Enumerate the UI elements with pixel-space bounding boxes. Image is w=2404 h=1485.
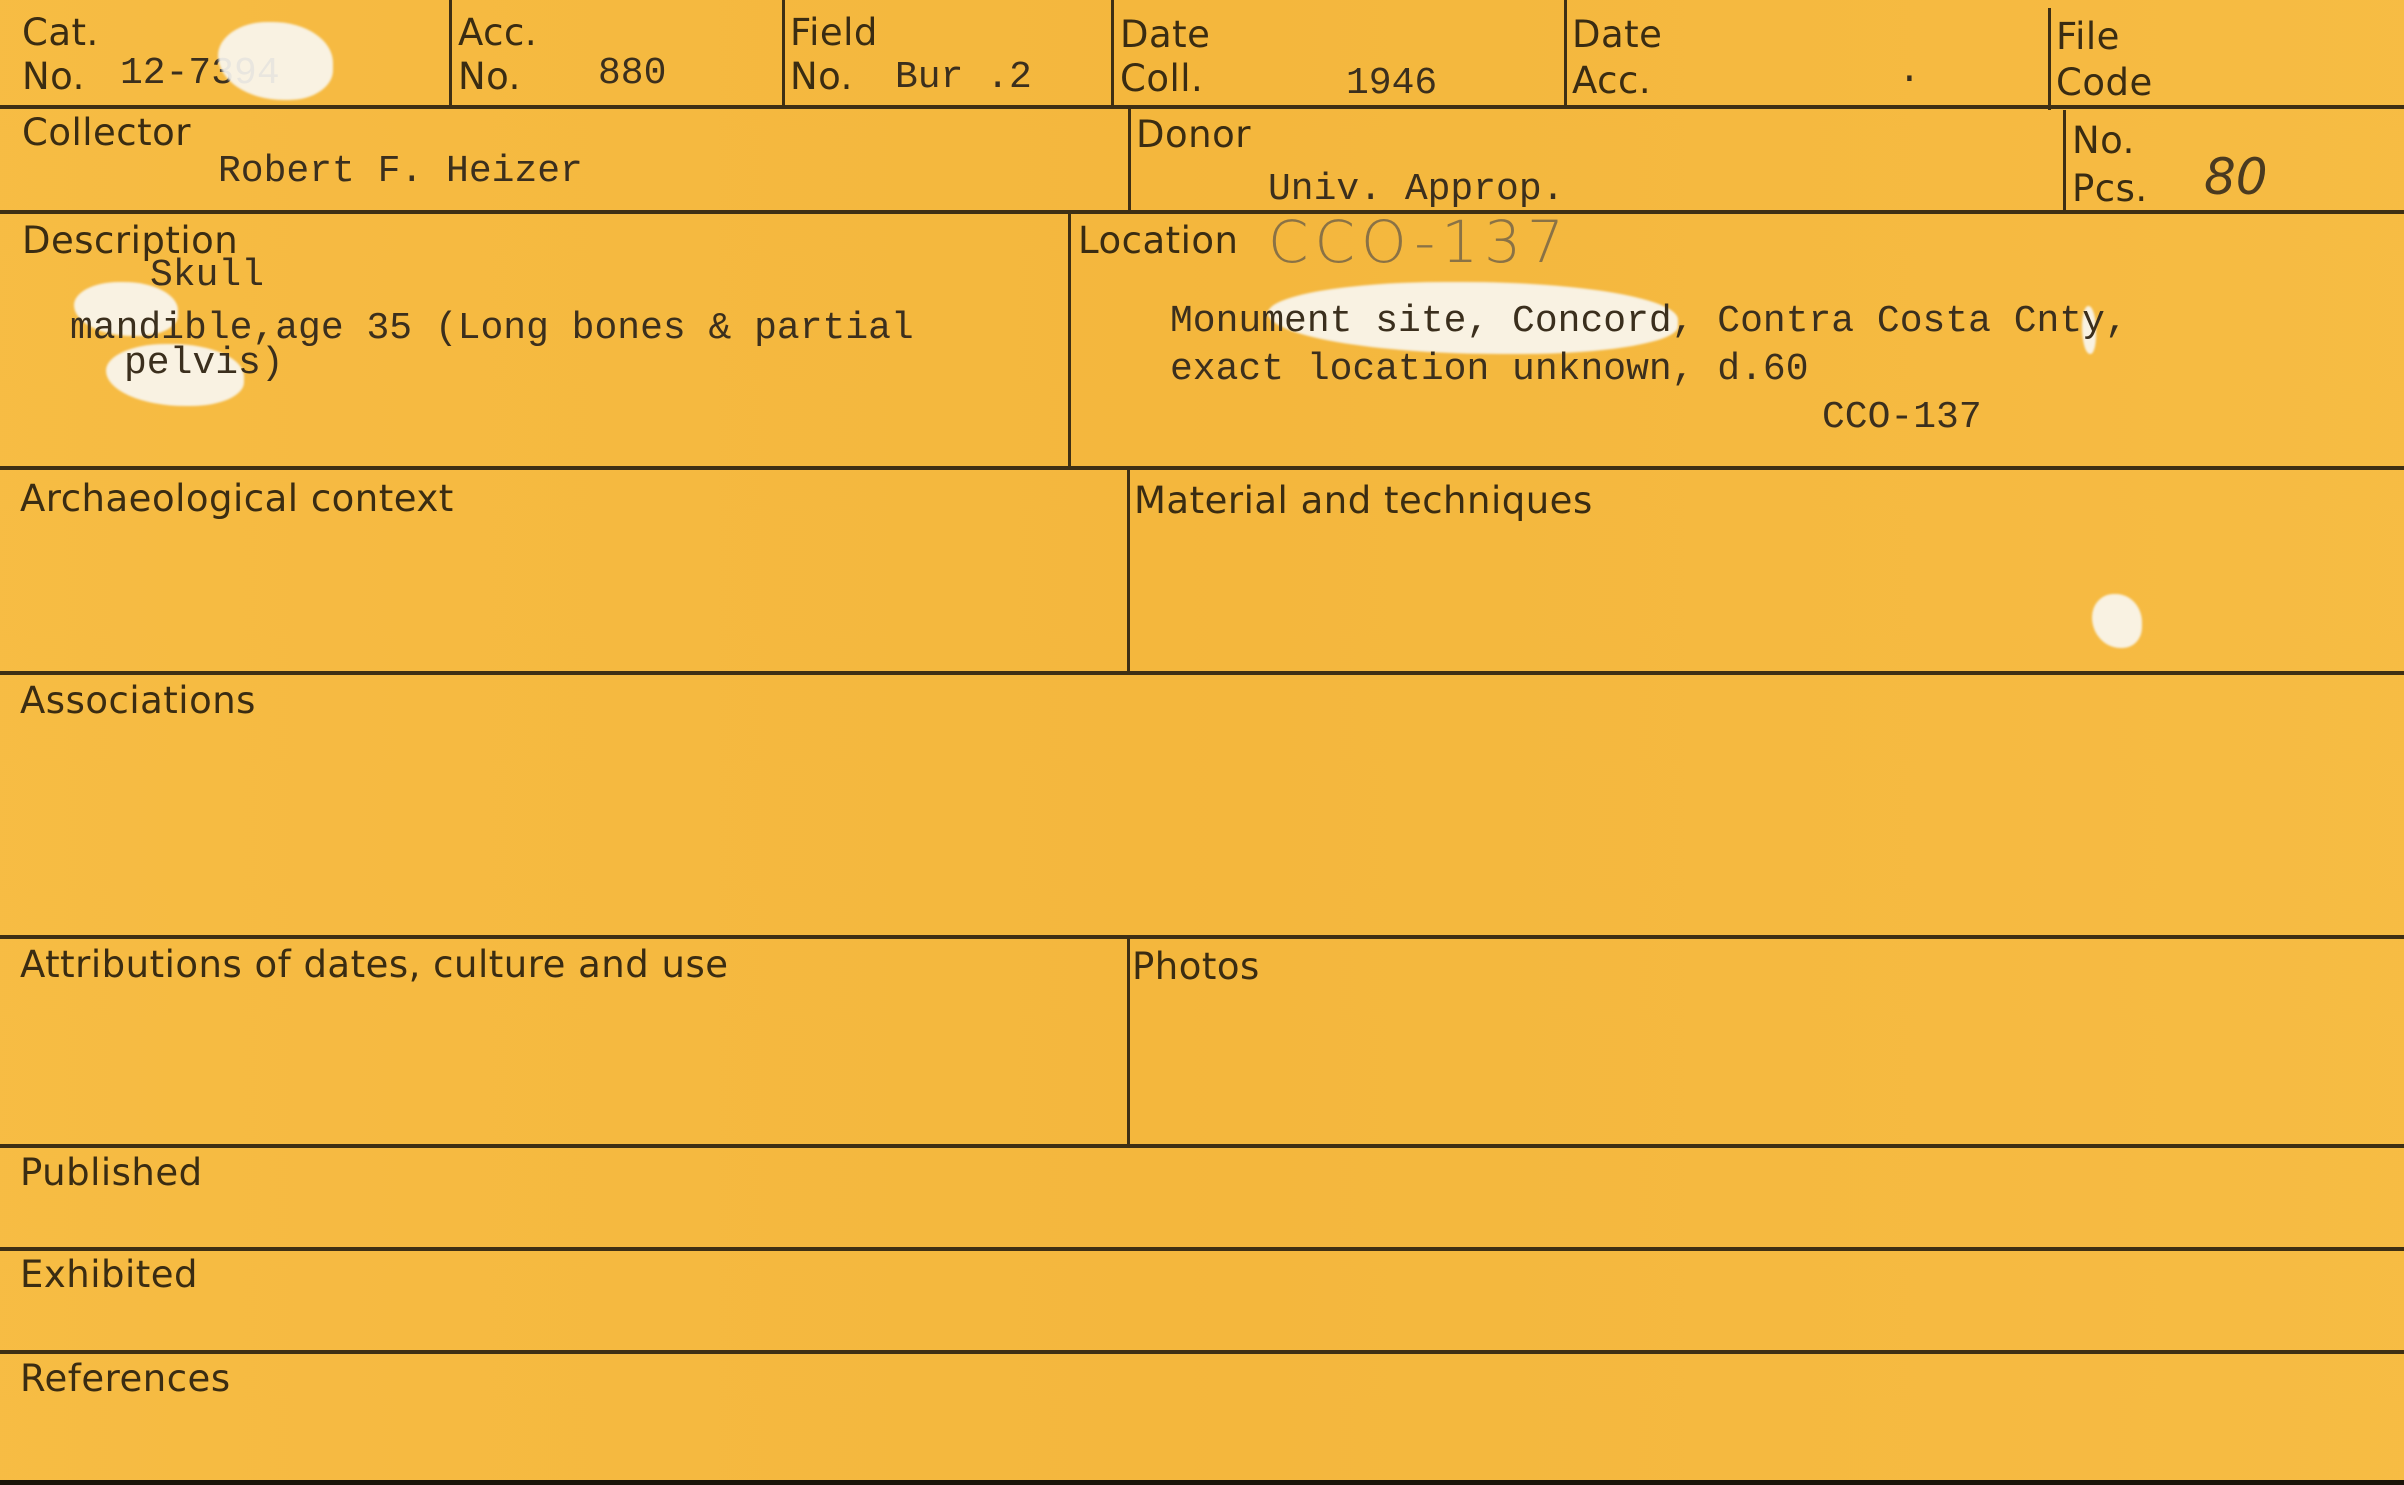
references-label: References [20, 1356, 231, 1402]
file-label: File [2056, 14, 2120, 60]
date-coll-label-1: Date [1120, 12, 1210, 58]
divider-acc-field [782, 0, 785, 107]
divider-cat-acc [449, 0, 452, 107]
rule-collector-bottom [0, 210, 2404, 214]
divider-donor-nopcs [2063, 110, 2066, 212]
cat-label: Cat. [22, 10, 99, 56]
photos-label: Photos [1132, 944, 1260, 990]
divider-context-material [1127, 468, 1130, 673]
location-line-1: Monument site, Concord, Contra Costa Cnt… [1170, 298, 2128, 346]
divider-field-datecoll [1111, 0, 1114, 107]
donor-value: Univ. Approp. [1268, 166, 1564, 214]
cat-no-label: No. [22, 54, 85, 100]
published-label: Published [20, 1150, 203, 1196]
location-label: Location [1078, 218, 1239, 264]
attributions-label: Attributions of dates, culture and use [20, 942, 729, 988]
field-no-label: No. [790, 54, 853, 100]
catalog-card: Cat. No. 12-7394 Acc. No. 880 Field No. … [0, 0, 2404, 1480]
donor-label: Donor [1136, 112, 1251, 158]
date-acc-label-1: Date [1572, 12, 1662, 58]
collector-label: Collector [22, 110, 191, 156]
rule-exhibited-bottom [0, 1350, 2404, 1354]
field-label: Field [790, 10, 878, 56]
rule-attributions-bottom [0, 1144, 2404, 1148]
material-techniques-label: Material and techniques [1134, 478, 1593, 524]
date-coll-label-2: Coll. [1120, 56, 1203, 102]
location-pencil-note: CCO-137 [1268, 208, 1570, 276]
acc-label: Acc. [458, 10, 537, 56]
divider-dateacc-filecode [2048, 8, 2051, 110]
description-line-1: Skull [150, 252, 264, 300]
date-acc-label-2: Acc. [1572, 58, 1651, 104]
description-line-3: pelvis) [124, 340, 284, 388]
pcs-value: 80 [2204, 148, 2268, 206]
divider-datecoll-dateacc [1564, 0, 1567, 108]
no-label: No. [2072, 118, 2135, 164]
rule-published-bottom [0, 1247, 2404, 1251]
acc-no-value: 880 [598, 50, 666, 98]
divider-attributions-photos [1127, 937, 1130, 1146]
location-line-2: exact location unknown, d.60 [1170, 346, 1809, 394]
code-label: Code [2056, 60, 2153, 106]
pcs-label: Pcs. [2072, 166, 2148, 212]
paper-blemish [2092, 594, 2142, 648]
exhibited-label: Exhibited [20, 1252, 198, 1298]
divider-collector-donor [1128, 107, 1131, 212]
archaeological-context-label: Archaeological context [20, 476, 454, 522]
location-line-3: CCO-137 [1822, 394, 1982, 442]
collector-value: Robert F. Heizer [218, 148, 583, 196]
field-no-value: Bur .2 [895, 54, 1032, 102]
acc-no-label: No. [458, 54, 521, 100]
date-acc-value: . [1898, 48, 1921, 96]
rule-associations-bottom [0, 935, 2404, 939]
associations-label: Associations [20, 678, 256, 724]
rule-description-bottom [0, 466, 2404, 470]
divider-description-location [1068, 212, 1071, 468]
rule-context-bottom [0, 671, 2404, 675]
date-coll-value: 1946 [1346, 60, 1437, 108]
rule-header-bottom [0, 105, 2404, 109]
